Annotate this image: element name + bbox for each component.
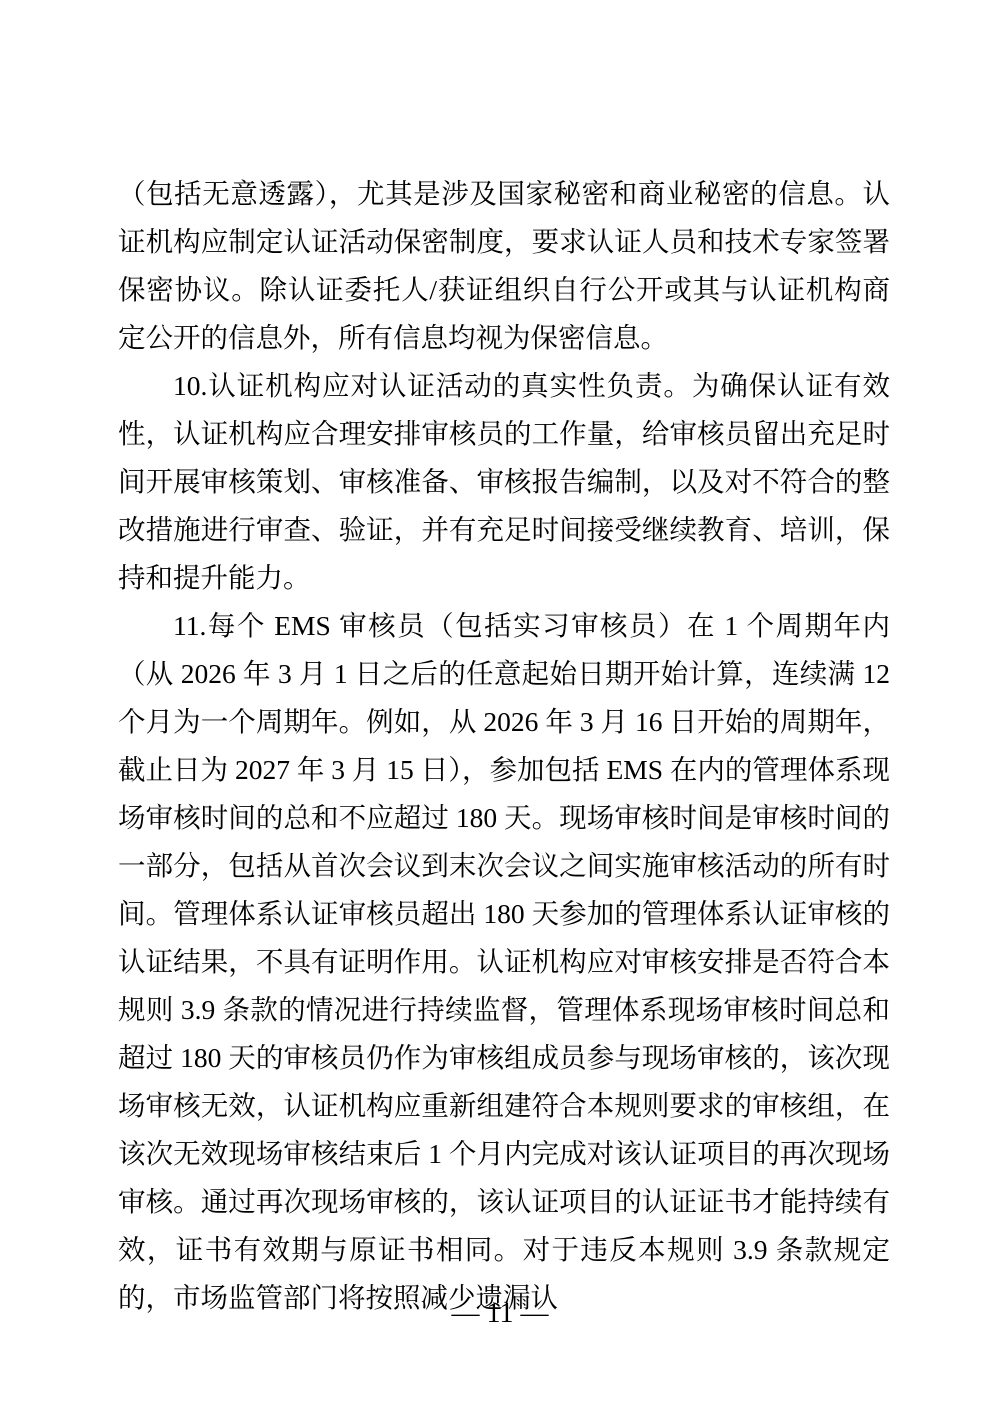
page-body-text: （包括无意透露），尤其是涉及国家秘密和商业秘密的信息。认证机构应制定认证活动保密… [118, 170, 890, 1322]
paragraph-item-10: 10.认证机构应对认证活动的真实性负责。为确保认证有效性，认证机构应合理安排审核… [118, 362, 890, 602]
page-number: — 11 — [0, 1296, 1000, 1332]
paragraph-confidentiality-continued: （包括无意透露），尤其是涉及国家秘密和商业秘密的信息。认证机构应制定认证活动保密… [118, 170, 890, 362]
document-page: （包括无意透露），尤其是涉及国家秘密和商业秘密的信息。认证机构应制定认证活动保密… [0, 0, 1000, 1414]
paragraph-item-11: 11.每个 EMS 审核员（包括实习审核员）在 1 个周期年内（从 2026 年… [118, 602, 890, 1322]
